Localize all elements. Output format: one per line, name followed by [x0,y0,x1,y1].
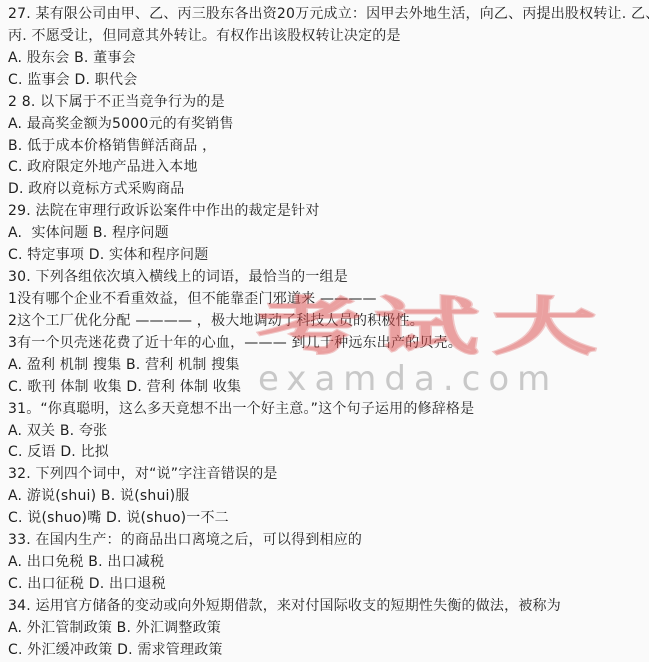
question-30-line-5: A. 盈利 机制 搜集 B. 营利 机制 搜集 [8,355,649,377]
question-27-line-4: C. 监事会 D. 职代会 [8,70,649,92]
question-32-line-1: 32. 下列四个词中，对“说”字注音错误的是 [8,464,649,486]
question-30-line-2: 1没有哪个企业不看重效益，但不能靠歪门邪道来 ———— [8,289,649,311]
question-28-line-5: D. 政府以竟标方式采购商品 [8,179,649,201]
question-30-line-6: C. 歌刊 体制 收集 D. 营利 体制 收集 [8,377,649,399]
question-lines: 27. 某有限公司由甲、乙、丙三股东各出资20万元成立：因甲去外地生活，向乙、丙… [8,4,649,662]
question-33-line-2: A. 出口免税 B. 出口减税 [8,552,649,574]
question-31-line-1: 31。“你真聪明，这么多天竟想不出一个好主意。”这个句子运用的修辞格是 [8,399,649,421]
question-34-line-2: A. 外汇管制政策 B. 外汇调整政策 [8,618,649,640]
question-29-line-1: 29. 法院在审理行政诉讼案件中作出的裁定是针对 [8,201,649,223]
question-34-line-1: 34. 运用官方储备的变动或向外短期借款，来对付国际收支的短期性失衡的做法，被称… [8,596,649,618]
question-32-line-2: A. 游说(shui) B. 说(shui)服 [8,486,649,508]
question-30-line-3: 2这个工厂优化分配 ———— ，极大地调动了科技人员的积极性。 [8,311,649,333]
question-30-line-1: 30. 下列各组依次填入横线上的词语，最恰当的一组是 [8,267,649,289]
question-28-line-4: C. 政府限定外地产品进入本地 [8,157,649,179]
question-30-line-4: 3有一个贝壳迷花费了近十年的心血，——— 到几千种远东出产的贝壳。 [8,333,649,355]
question-29-line-2: A. 实体问题 B. 程序问题 [8,223,649,245]
question-33-line-3: C. 出口征税 D. 出口退税 [8,574,649,596]
question-27-line-1: 27. 某有限公司由甲、乙、丙三股东各出资20万元成立：因甲去外地生活，向乙、丙… [8,4,649,26]
question-34-line-3: C. 外汇缓冲政策 D. 需求管理政策 [8,640,649,662]
question-28-line-1: 2 8. 以下属于不正当竞争行为的是 [8,92,649,114]
question-27-line-2: 丙. 不愿受让，但同意其外转让。有权作出该股权转让决定的是 [8,26,649,48]
question-31-line-3: C. 反语 D. 比拟 [8,442,649,464]
question-31-line-2: A. 双关 B. 夸张 [8,421,649,443]
question-32-line-3: C. 说(shuo)嘴 D. 说(shuo)一不二 [8,508,649,530]
question-28-line-3: B. 低于成本价格销售鲜活商品 ， [8,136,649,158]
exam-question-page: 27. 某有限公司由甲、乙、丙三股东各出资20万元成立：因甲去外地生活，向乙、丙… [0,0,649,662]
question-29-line-3: C. 特定事项 D. 实体和程序问题 [8,245,649,267]
question-33-line-1: 33. 在国内生产：的商品出口离境之后，可以得到相应的 [8,530,649,552]
question-28-line-2: A. 最高奖金额为5000元的有奖销售 [8,114,649,136]
question-27-line-3: A. 股东会 B. 董事会 [8,48,649,70]
